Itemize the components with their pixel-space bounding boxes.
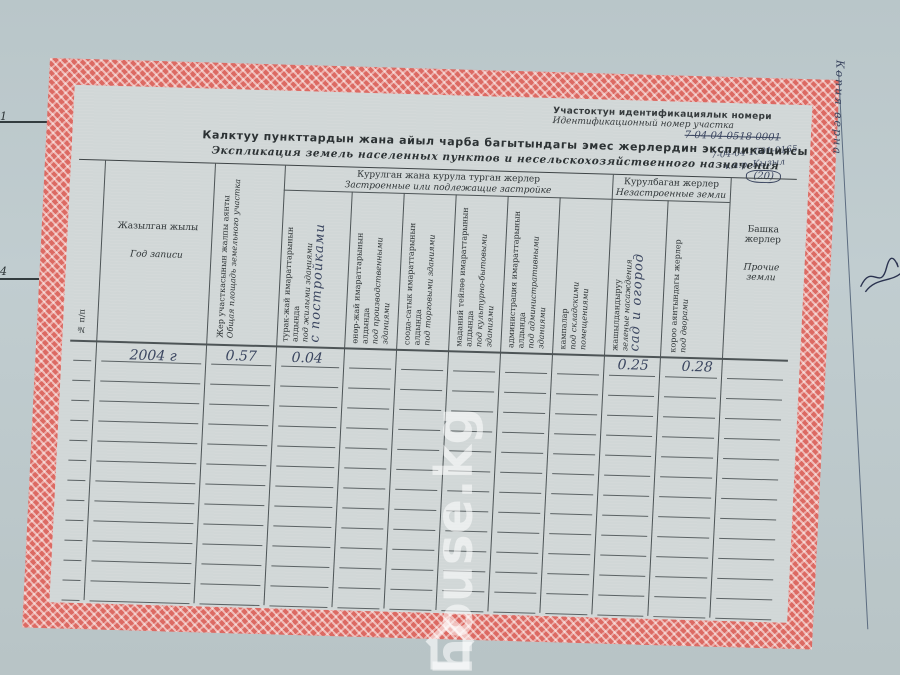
row-rule — [339, 567, 381, 569]
row-rule — [599, 575, 645, 577]
row-rule — [600, 555, 646, 557]
row-rule — [660, 476, 712, 478]
row-rule — [546, 593, 588, 595]
row-rule — [662, 436, 714, 438]
row-rule — [724, 438, 780, 441]
row-rule — [550, 513, 592, 515]
row-rule — [552, 473, 594, 475]
column-header-administrative: администрация имараттарынын алдында под … — [506, 202, 557, 349]
row-rule — [661, 456, 713, 458]
row-rule — [501, 452, 543, 454]
row-rule — [717, 578, 773, 581]
row-rule — [97, 440, 197, 444]
row-rule — [276, 465, 334, 468]
row-rule — [94, 500, 194, 504]
row-rule — [557, 373, 599, 375]
row-rule — [92, 540, 192, 544]
left-page-mark: 4 — [0, 265, 7, 278]
row-rule — [208, 424, 268, 427]
row-rule — [68, 460, 86, 462]
left-page-mark: 1 — [0, 110, 7, 123]
row-rule — [62, 600, 80, 602]
column-header-year-ru: Год записи — [104, 249, 208, 262]
handwritten-residential-note: с постройками — [307, 223, 328, 343]
row-rule — [603, 495, 649, 497]
row-rule — [598, 595, 644, 597]
group-built-heading: Курулган жана курула турган жерлер Застр… — [284, 168, 613, 199]
column-header-year-kg: Жазылган жылы — [117, 221, 198, 233]
row-rule — [499, 492, 541, 494]
row-rule — [653, 616, 705, 618]
row-rule — [723, 458, 779, 461]
row-rule — [727, 378, 783, 381]
row-rule — [346, 427, 388, 429]
row-rule — [278, 426, 336, 429]
row-rule — [342, 507, 384, 509]
column-header-industrial-kg: өнөр-жай имараттарынын алдында — [350, 232, 371, 344]
column-header-other: Башка жерлер Прочие земли — [730, 224, 795, 284]
row-rule — [99, 401, 199, 405]
row-rule — [337, 607, 379, 609]
row-rule — [726, 398, 782, 401]
row-rule — [720, 518, 776, 521]
cell-yards: 0.28 — [681, 359, 713, 376]
row-rule — [271, 565, 329, 568]
row-rule — [73, 360, 91, 362]
column-header-no-ru: № п/п — [77, 309, 87, 334]
signature — [855, 257, 900, 298]
column-header-no: № п/п — [77, 290, 89, 334]
row-rule — [72, 380, 90, 382]
row-rule — [719, 538, 775, 541]
row-rule — [62, 580, 80, 582]
row-rule — [656, 556, 708, 558]
row-rule — [608, 395, 654, 397]
row-rule — [201, 563, 261, 566]
row-rule — [494, 592, 536, 594]
row-rule — [207, 444, 267, 447]
row-rule — [338, 587, 380, 589]
row-rule — [95, 480, 195, 484]
row-rule — [606, 435, 652, 437]
row-rule — [609, 375, 655, 377]
row-rule — [64, 540, 82, 542]
row-rule — [63, 560, 81, 562]
row-rule — [607, 415, 653, 417]
column-header-residential-kg: турак-жай имараттарынын алдында — [280, 227, 301, 343]
row-rule — [279, 406, 337, 409]
row-rule — [664, 396, 716, 398]
left-page-rule — [0, 121, 50, 123]
row-rule — [199, 603, 259, 606]
row-rule — [344, 467, 386, 469]
row-rule — [555, 413, 597, 415]
row-rule — [200, 583, 260, 586]
row-rule — [345, 447, 387, 449]
row-rule — [71, 400, 89, 402]
row-rule — [98, 420, 198, 424]
row-rule — [715, 618, 771, 621]
row-rule — [67, 480, 85, 482]
row-rule — [273, 525, 331, 528]
watermark-house-icon — [420, 610, 480, 670]
row-rule — [498, 512, 540, 514]
row-rule — [91, 560, 191, 564]
margin-note: Копия верна — [830, 60, 846, 156]
row-rule — [505, 372, 547, 374]
column-header-year: Жазылган жылы Год записи — [104, 221, 210, 262]
column-header-yards: короо аянтындагы жерлер под дворами — [668, 207, 725, 354]
row-rule — [496, 552, 538, 554]
row-rule — [347, 407, 389, 409]
row-rule — [556, 393, 598, 395]
row-rule — [205, 484, 265, 487]
row-rule — [659, 496, 711, 498]
row-rule — [716, 598, 772, 601]
row-rule — [93, 520, 193, 524]
row-rule — [343, 487, 385, 489]
parcel-id-block: Участоктун идентификациялык номери Идент… — [552, 106, 772, 132]
row-rule — [497, 532, 539, 534]
row-rule — [70, 420, 88, 422]
row-rule — [269, 605, 327, 608]
row-rule — [549, 533, 591, 535]
row-rule — [602, 515, 648, 517]
row-rule — [210, 384, 270, 387]
row-rule — [202, 543, 262, 546]
row-rule — [341, 527, 383, 529]
row-rule — [605, 455, 651, 457]
row-rule — [722, 478, 778, 481]
row-rule — [66, 500, 84, 502]
column-header-industrial: өнөр-жай имараттарынын алдында под произ… — [350, 198, 401, 345]
row-rule — [272, 545, 330, 548]
row-rule — [601, 535, 647, 537]
row-rule — [554, 433, 596, 435]
row-rule — [206, 464, 266, 467]
row-rule — [504, 392, 546, 394]
column-header-residential: турак-жай имараттарынын алдында под жилы… — [280, 196, 347, 344]
row-rule — [270, 585, 328, 588]
column-header-green: жашылдандыруу зеленые насаждения сад и о… — [610, 205, 665, 352]
cell-total-area: 0.57 — [225, 348, 257, 365]
cell-green: 0.25 — [617, 357, 649, 374]
row-rule — [604, 475, 650, 477]
row-rule — [209, 404, 269, 407]
row-rule — [658, 516, 710, 518]
column-header-warehouse: кампалар под складскими помещениями — [558, 233, 608, 350]
row-rule — [90, 580, 190, 584]
row-rule — [657, 536, 709, 538]
column-header-total-area: Жер участкасынын жалпы аянты Общая площа… — [215, 170, 279, 339]
row-rule — [548, 553, 590, 555]
row-rule — [725, 418, 781, 421]
row-rule — [280, 386, 338, 389]
row-rule — [340, 547, 382, 549]
row-rule — [597, 614, 643, 616]
row-rule — [495, 572, 537, 574]
row-rule — [665, 376, 717, 378]
row-rule — [502, 432, 544, 434]
column-header-yards-ru: под дворами — [678, 299, 690, 353]
row-rule — [275, 485, 333, 488]
row-rule — [100, 381, 200, 385]
column-header-administrative-kg: администрация имараттарынын алдында — [506, 211, 527, 349]
row-rule — [655, 576, 707, 578]
row-rule — [349, 367, 391, 369]
row-rule — [89, 600, 189, 604]
column-header-industrial-ru: под производственными зданиями — [370, 237, 391, 344]
row-rule — [69, 440, 87, 442]
column-header-administrative-ru: под административными зданиями — [526, 236, 547, 349]
row-rule — [547, 573, 589, 575]
row-rule — [721, 498, 777, 501]
row-rule — [277, 445, 335, 448]
row-rule — [204, 503, 264, 506]
row-rule — [211, 364, 271, 367]
row-rule — [203, 523, 263, 526]
row-rule — [500, 472, 542, 474]
row-rule — [503, 412, 545, 414]
row-rule — [96, 460, 196, 464]
row-rule — [663, 416, 715, 418]
row-rule — [551, 493, 593, 495]
group-unbuilt-heading: Курулбаган жерлер Незастроенные земли — [612, 177, 731, 202]
row-rule — [654, 596, 706, 598]
column-header-warehouse-ru: под складскими помещениями — [568, 282, 590, 350]
row-rule — [553, 453, 595, 455]
row-rule — [274, 505, 332, 508]
cell-residential: 0.04 — [291, 350, 323, 367]
column-header-other-kg: Башка жерлер — [744, 225, 781, 246]
column-header-other-ru: Прочие земли — [730, 262, 793, 284]
row-rule — [348, 387, 390, 389]
row-rule — [281, 366, 339, 369]
row-rule — [65, 520, 83, 522]
row-rule — [718, 558, 774, 561]
row-rule — [545, 613, 587, 615]
